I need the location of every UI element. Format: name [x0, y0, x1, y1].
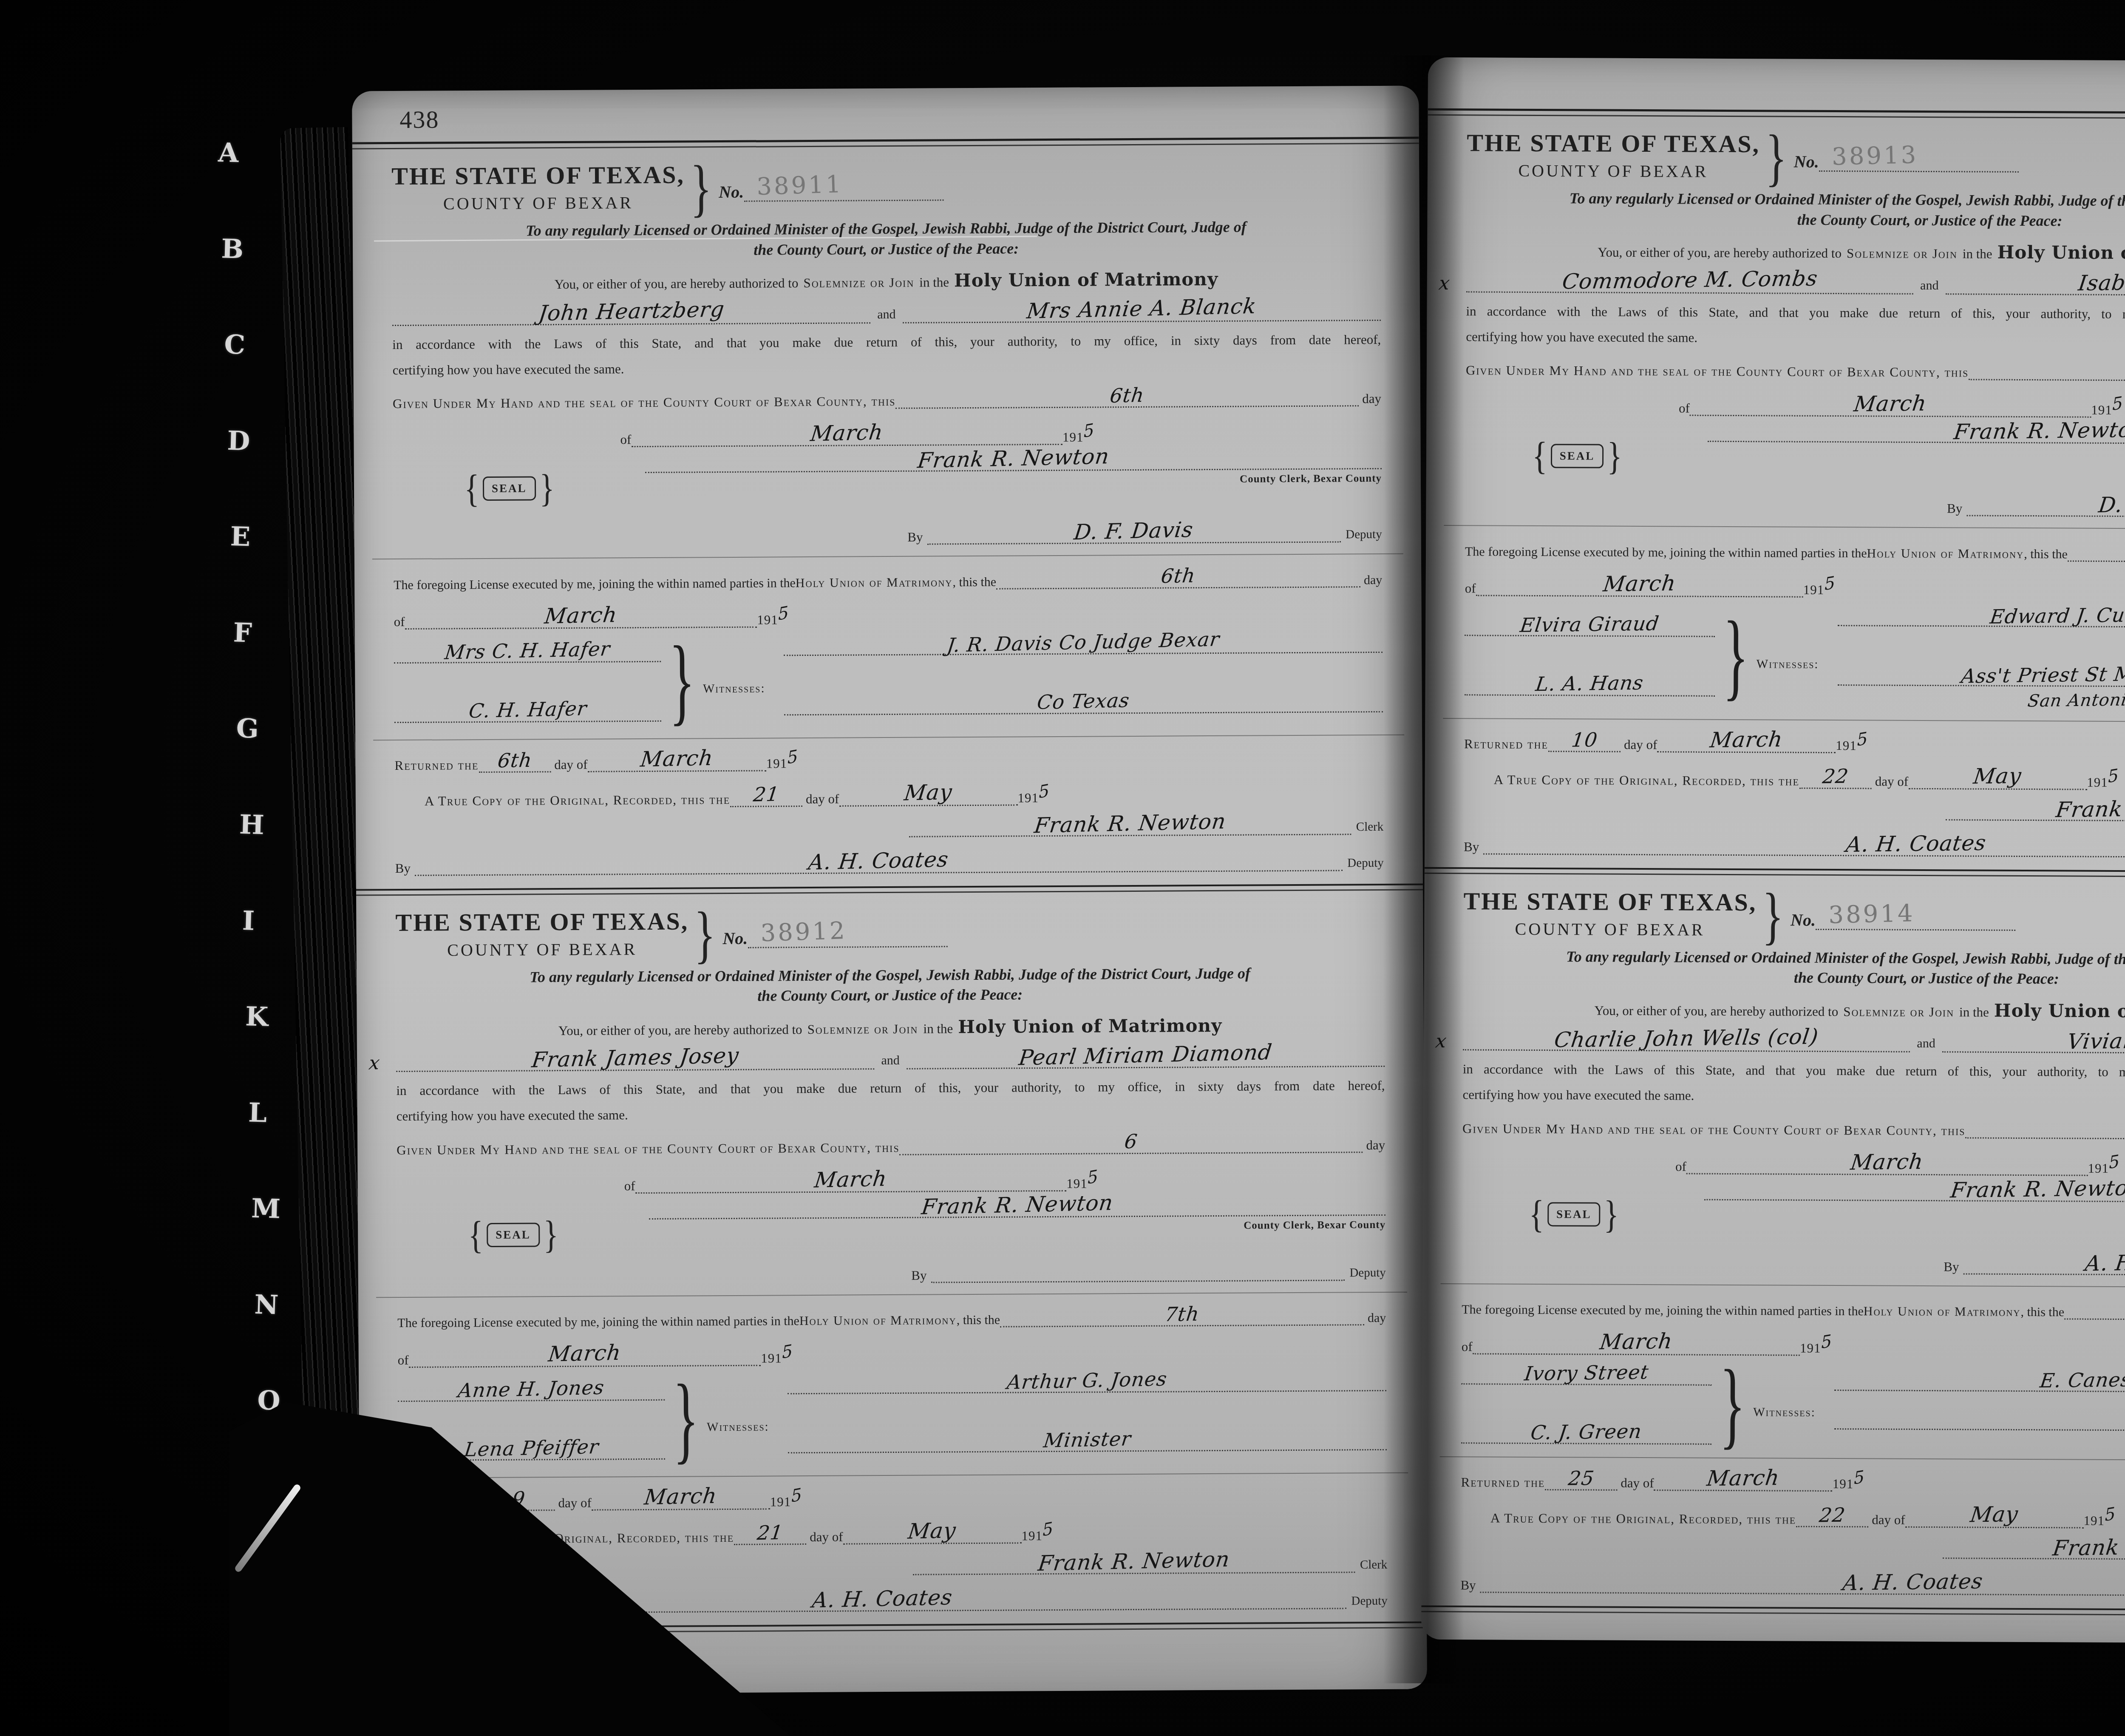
certifying-line: certifying how you have executed the sam… — [392, 357, 1381, 377]
given-under-hand-row: Given Under My Hand and the seal of the … — [397, 1130, 1385, 1157]
recorded-month-line: May — [1908, 765, 2087, 790]
issued-month-row: of March 191 5 — [620, 420, 1095, 447]
clerk-signature-block: Frank R. Newton County Clerk, Bexar Coun… — [645, 446, 1382, 488]
state-county-heading: THE STATE OF TEXAS, COUNTY OF BEXAR — [395, 907, 688, 960]
copy-deputy-line: A. H. Coates — [1483, 831, 2125, 858]
given-under-label: Given Under My Hand and the seal of the … — [393, 394, 896, 411]
solemnize-phrase: Solemnize or Join — [803, 275, 914, 291]
bride-name: Pearl Miriam Diamond — [1017, 1041, 1273, 1069]
issue-deputy-row: By Deputy — [911, 1265, 1386, 1283]
recorded-day: 22 — [1818, 1504, 1847, 1525]
copy-clerk-row: Frank R. Newton Clerk — [1942, 1535, 2125, 1561]
no-label: No. — [719, 182, 744, 202]
no-label: No. — [1791, 910, 1816, 930]
issued-day-line: 6th — [895, 384, 1359, 409]
year-printed: 191 — [1066, 1176, 1088, 1191]
county-heading: COUNTY OF BEXAR — [396, 939, 689, 960]
index-tab-i: I — [242, 908, 283, 935]
witness-names-column: Ivory Street C. J. Green — [1461, 1362, 1711, 1445]
of-label: of — [398, 1353, 409, 1368]
deputy-label: Deputy — [1342, 856, 1384, 871]
bride-name: Isabelle L. Hans — [2077, 270, 2125, 295]
holy-union-blackletter: Holy Union of Matrimony — [1994, 1000, 2125, 1022]
of-label: of — [1679, 401, 1690, 416]
book-gutter-shadow — [1383, 55, 1464, 1683]
copy-clerk-signature: Frank R. Newton — [2054, 797, 2125, 820]
issue-deputy-row: By D. F. Davis Deputy — [1947, 493, 2125, 519]
executed-month-row: of March 191 5 — [1465, 572, 1836, 598]
recorded-month-line: May — [843, 1519, 1021, 1545]
issue-deputy-line — [931, 1279, 1345, 1283]
section-divider — [1441, 1283, 2125, 1288]
seal-and-signature-row: { SEAL } Frank R. Newton County Clerk, B… — [1465, 418, 2125, 482]
copy-deputy-row: By A. H. Coates Deputy — [1460, 1569, 2125, 1597]
foregoing-text-a: The foregoing License executed by me, jo… — [394, 576, 796, 593]
issued-day-line: 6 — [899, 1130, 1363, 1155]
given-under-hand-row: Given Under My Hand and the seal of the … — [1466, 355, 2125, 382]
of-label: of — [1465, 581, 1476, 596]
executed-day: 7th — [1164, 1304, 1200, 1325]
holy-union-blackletter: Holy Union of Matrimony — [958, 1015, 1222, 1037]
clerk-signature-line: Frank R. Newton — [1704, 1177, 2125, 1203]
returned-month: March — [1706, 1467, 1781, 1490]
true-copy-row: A True Copy of the Original, Recorded, t… — [1490, 1501, 2125, 1530]
executed-day-line: 6th — [996, 565, 1360, 590]
executed-month: March — [543, 603, 618, 627]
certifying-line: certifying how you have executed the sam… — [1462, 1087, 2125, 1106]
returned-month: March — [643, 1485, 718, 1509]
returned-day: 6th — [496, 750, 533, 771]
authorize-prefix: You, or either of you, are hereby author… — [558, 1022, 802, 1038]
copy-clerk-line: Frank R. Newton — [913, 1550, 1355, 1575]
day-label: day — [1359, 391, 1381, 406]
witness1-name: Mrs C. H. Hafer — [444, 638, 612, 663]
seal-mark: { SEAL } — [1527, 1191, 1621, 1237]
index-tab-l: L — [248, 1099, 278, 1126]
year-printed: 191 — [1800, 1341, 1821, 1356]
state-heading: THE STATE OF TEXAS, — [391, 161, 685, 191]
officiant-line-3: San Antonio, Texas — [1837, 689, 2125, 711]
officiant-title: Ass't Priest St Mary's Church — [1960, 662, 2125, 687]
seal-and-signature-row: { SEAL } Frank R. Newton County Clerk, B… — [397, 1192, 1386, 1258]
returned-row: Returned the 9 day of March 191 5 — [398, 1482, 1387, 1512]
seal-and-signature-row: { SEAL } Frank R. Newton County Clerk, B… — [393, 446, 1382, 511]
clerk-signature-rule: Frank R. Newton — [1704, 1177, 2125, 1203]
holy-union-blackletter: Holy Union of Matrimony — [954, 269, 1218, 291]
witness2-name: C. J. Green — [1530, 1421, 1643, 1443]
solemnize-phrase: Solemnize or Join — [1843, 1004, 1954, 1020]
bride-name-line: Isabelle L. Hans — [1945, 270, 2125, 296]
officiant-name: Arthur G. Jones — [1006, 1368, 1168, 1393]
issued-day-line: 8th — [1969, 357, 2125, 382]
holy-union-blackletter: Holy Union of Matrimony — [1997, 242, 2125, 264]
issue-deputy-signature: D. F. Davis — [1073, 519, 1195, 543]
by-label: By — [1464, 839, 1483, 854]
witness1-name: Elvira Giraud — [1519, 613, 1660, 636]
officiant-line-1: Edward J. Currier O M I — [1838, 604, 2125, 629]
witness1-line: Elvira Giraud — [1465, 613, 1715, 637]
given-under-label: Given Under My Hand and the seal of the … — [1466, 363, 1969, 380]
year-printed: 191 — [2087, 774, 2108, 790]
true-copy-label: A True Copy of the Original, Recorded, t… — [1490, 1510, 1796, 1527]
officiant-title: Minister — [1042, 1428, 1132, 1451]
executed-month-row: of March 191 5 — [1462, 1330, 1832, 1356]
witness1-name: Anne H. Jones — [457, 1377, 606, 1401]
index-tab-a: A — [218, 139, 304, 168]
returned-row: Returned the 6th day of March 191 5 — [394, 744, 1383, 774]
executed-day-line: 7th — [1000, 1303, 1364, 1328]
returned-row: Returned the 10 day of March 191 5 — [1464, 727, 2125, 756]
state-county-heading: THE STATE OF TEXAS, COUNTY OF BEXAR — [1467, 128, 1760, 182]
issue-deputy-row: By A. H. Coates Deputy — [1944, 1251, 2125, 1276]
index-tab-b: B — [221, 235, 301, 264]
clerk-signature-rule: Frank R. Newton — [1708, 419, 2125, 445]
issue-deputy-row: By D. F. Davis Deputy — [907, 519, 1382, 545]
header-brace-glyph: } — [1762, 888, 1784, 943]
in-the-label: in the — [1963, 246, 1992, 261]
issued-month-line: March — [631, 421, 1062, 448]
seal-right-brace: } — [1604, 1192, 1619, 1237]
returned-month-line: March — [587, 747, 766, 772]
executed-year-digit: 5 — [1821, 1331, 1832, 1353]
header-brace-glyph: } — [694, 907, 716, 962]
officiant-column: Arthur G. Jones Minister — [788, 1369, 1387, 1465]
year-printed: 191 — [1017, 790, 1039, 806]
header-brace-glyph: } — [690, 160, 712, 216]
marriage-certificate: THE STATE OF TEXAS, COUNTY OF BEXAR } No… — [391, 144, 1384, 896]
license-number-line: 38911 — [744, 171, 943, 201]
seal-mark: { SEAL } — [466, 1212, 560, 1257]
witnesses-label: Witnesses: — [707, 1420, 769, 1434]
and-label: and — [877, 307, 896, 323]
recorded-month: May — [907, 1519, 958, 1543]
seal-and-signature-row: { SEAL } Frank R. Newton County Clerk, B… — [1462, 1176, 2125, 1240]
witnesses-brace-glyph: } — [673, 1376, 699, 1461]
seal-right-brace: } — [1607, 434, 1623, 479]
index-tab-f: F — [233, 619, 291, 647]
clerk-signature-rule: Frank R. Newton — [649, 1192, 1385, 1220]
index-tab-c: C — [224, 332, 299, 360]
witness2-name: L. A. Hans — [1534, 672, 1645, 695]
accordance-paragraph: in accordance with the Laws of this Stat… — [1466, 304, 2125, 323]
issued-month-line: March — [635, 1167, 1066, 1194]
of-label: of — [624, 1178, 635, 1194]
header-brace-glyph: } — [1765, 130, 1787, 185]
thumb-index-tabs: A B C D E F G H I K L M N O R — [183, 139, 303, 1510]
returned-year-digit: 5 — [787, 746, 799, 768]
executed-year-digit: 5 — [1824, 573, 1836, 595]
executed-day-line: 11 — [2064, 1297, 2125, 1321]
execution-statement-row: The foregoing License executed by me, jo… — [394, 564, 1382, 592]
seal-left-brace: { — [468, 1212, 483, 1257]
witness2-line: C. H. Hafer — [394, 699, 661, 723]
issued-day: 6th — [1109, 385, 1145, 406]
recorded-day-line: 21 — [730, 784, 802, 807]
authorization-line: You, or either of you, are hereby author… — [396, 1014, 1385, 1040]
state-county-heading: THE STATE OF TEXAS, COUNTY OF BEXAR — [391, 161, 685, 214]
witness2-name: C. H. Hafer — [467, 698, 588, 722]
returned-month-line: March — [1654, 1467, 1833, 1492]
county-clerk-title: County Clerk, Bexar County — [649, 1219, 1385, 1235]
seal-label: SEAL — [1547, 1202, 1601, 1227]
seal-label: SEAL — [487, 1223, 540, 1247]
issued-month-row: of March 191 5 — [624, 1167, 1099, 1194]
foregoing-text-b: , this the — [956, 1313, 1000, 1328]
executed-month-line: March — [408, 1342, 761, 1368]
executed-day: 6th — [1160, 565, 1196, 587]
license-number-stamp: 38913 — [1831, 141, 1918, 170]
executed-year-digit: 5 — [778, 603, 790, 624]
issued-month: March — [813, 1167, 888, 1191]
executed-month-line: March — [1476, 572, 1803, 598]
returned-day-line: 10 — [1548, 729, 1621, 752]
year-printed: 191 — [1833, 1476, 1854, 1492]
issued-month: March — [1850, 1150, 1925, 1174]
by-label: By — [395, 861, 415, 876]
returned-label: Returned the — [1461, 1475, 1545, 1491]
clerk-signature-line: Frank R. Newton — [645, 446, 1382, 473]
day-label: day — [1363, 1137, 1385, 1152]
witness1-line: Anne H. Jones — [398, 1378, 665, 1402]
recorded-day: 21 — [752, 784, 780, 805]
authorize-prefix: You, or either of you, are hereby author… — [1595, 1003, 1839, 1019]
officiant-line-1: E. Canes P. C. — [1834, 1368, 2125, 1393]
executed-month-line: March — [1473, 1330, 1800, 1356]
recorded-year-digit: 5 — [1038, 780, 1050, 802]
executed-month-row: of March 191 5 — [398, 1342, 793, 1368]
deputy-label: Deputy — [1340, 528, 1382, 543]
issue-deputy-line: A. H. Coates — [1963, 1251, 2125, 1276]
recorded-month-line: May — [839, 781, 1017, 807]
state-heading: THE STATE OF TEXAS, — [395, 907, 688, 937]
officiant-name: Edward J. Currier O M I — [1989, 603, 2125, 627]
clerk-signature: Frank R. Newton — [916, 446, 1111, 471]
returned-label: Returned the — [394, 757, 479, 773]
couple-names-row: x Commodore M. Combs and Isabelle L. Han… — [1466, 268, 2125, 296]
officiant-line-2: Minister — [788, 1428, 1387, 1454]
issued-year-digit: 5 — [2109, 1152, 2120, 1173]
clerk-signature-line: Frank R. Newton — [1708, 419, 2125, 445]
of-label: of — [1675, 1159, 1686, 1174]
recorded-year-digit: 5 — [1042, 1519, 1054, 1540]
recorded-day-line: 22 — [1799, 766, 1872, 789]
witness2-line: C. J. Green — [1461, 1421, 1711, 1445]
execution-statement-row: The foregoing License executed by me, jo… — [397, 1303, 1386, 1330]
returned-year-digit: 5 — [1856, 729, 1868, 750]
index-tab-g: G — [236, 715, 289, 743]
foregoing-text-a: The foregoing License executed by me, jo… — [1465, 545, 1867, 561]
witness1-line: Mrs C. H. Hafer — [394, 640, 661, 664]
state-heading: THE STATE OF TEXAS, — [1467, 128, 1760, 158]
witnesses-block: Anne H. Jones Lena Pfeiffer } Witnesses:… — [398, 1369, 1387, 1467]
copy-clerk-signature: Frank R. Newton — [1033, 811, 1227, 836]
index-tab-e: E — [230, 523, 294, 551]
index-tab-h: H — [239, 811, 286, 839]
foregoing-text-a: The foregoing License executed by me, jo… — [397, 1314, 799, 1330]
marriage-certificate: THE STATE OF TEXAS, COUNTY OF BEXAR } No… — [395, 891, 1388, 1634]
year-printed: 191 — [1062, 430, 1084, 445]
addressee-line-2: the County Court, or Justice of the Peac… — [1463, 966, 2125, 990]
day-of-label: day of — [551, 757, 588, 772]
couple-names-row: x Frank James Josey and Pearl Miriam Dia… — [396, 1043, 1385, 1072]
given-under-label: Given Under My Hand and the seal of the … — [1462, 1121, 1966, 1138]
license-number-row: No. 38913 — [1794, 142, 2125, 174]
officiant-location: San Antonio, Texas — [2027, 689, 2125, 711]
executed-year-digit: 5 — [782, 1341, 793, 1363]
officiant-title: Co Texas — [1036, 690, 1131, 713]
marriage-certificate: THE STATE OF TEXAS, COUNTY OF BEXAR } No… — [1460, 874, 2125, 1617]
groom-name-line: Charlie John Wells (col) — [1463, 1026, 1910, 1052]
handwritten-check-mark: x — [368, 1052, 381, 1074]
witness2-line: L. A. Hans — [1465, 673, 1715, 697]
and-label: and — [1920, 278, 1938, 294]
authorization-line: You, or either of you, are hereby author… — [392, 268, 1380, 294]
clerk-label: Clerk — [1355, 1558, 1388, 1573]
recorded-month: May — [1969, 1503, 2020, 1526]
bride-name-line: Pearl Miriam Diamond — [907, 1043, 1385, 1069]
issued-month-row: of March 191 5 — [1675, 1150, 2120, 1176]
clerk-signature-rule: Frank R. Newton — [645, 446, 1382, 473]
page-right-439: 439 THE STATE OF TEXAS, COUNTY OF BEXAR … — [1421, 57, 2125, 1644]
executed-month: March — [1602, 572, 1677, 596]
bride-name-line: Mrs Annie A. Blanck — [902, 296, 1381, 323]
county-heading: COUNTY OF BEXAR — [391, 193, 685, 214]
copy-clerk-signature: Frank R. Newton — [2051, 1535, 2125, 1559]
license-number-row: No. 38914 — [1791, 900, 2125, 932]
clerk-signature: Frank R. Newton — [1953, 419, 2125, 443]
certificate-header: THE STATE OF TEXAS, COUNTY OF BEXAR } No… — [391, 157, 1380, 217]
returned-row: Returned the 25 day of March 191 5 — [1461, 1466, 2125, 1494]
issue-deputy-signature: D. F. Davis — [2097, 493, 2125, 516]
page-left-438: 438 THE STATE OF TEXAS, COUNTY OF BEXAR … — [352, 85, 1427, 1694]
page-right-content: 439 THE STATE OF TEXAS, COUNTY OF BEXAR … — [1421, 57, 2125, 1617]
returned-year-digit: 5 — [1853, 1467, 1865, 1489]
issued-month: March — [1853, 392, 1928, 415]
returned-day-line: 25 — [1545, 1468, 1617, 1491]
license-number-line: 38912 — [748, 917, 947, 948]
by-label: By — [907, 530, 927, 545]
witness-names-column: Elvira Giraud L. A. Hans — [1465, 613, 1715, 696]
officiant-line-1: J. R. Davis Co Judge Bexar — [784, 630, 1383, 656]
issue-deputy-line: D. F. Davis — [927, 519, 1340, 545]
day-label: day — [1360, 573, 1383, 587]
clerk-signature-line: Frank R. Newton — [649, 1192, 1385, 1220]
couple-names-row: John Heartzberg and Mrs Annie A. Blanck — [392, 296, 1381, 326]
executed-month-line: March — [405, 603, 757, 630]
officiant-line-2 — [1834, 1427, 2125, 1432]
groom-name: John Heartzberg — [537, 298, 725, 324]
copy-deputy-signature: A. H. Coates — [1844, 832, 1987, 855]
officiant-line-2: Ass't Priest St Mary's Church — [1837, 663, 2125, 688]
county-heading: COUNTY OF BEXAR — [1463, 919, 1757, 940]
given-under-label: Given Under My Hand and the seal of the … — [397, 1140, 900, 1157]
groom-name: Frank James Josey — [530, 1044, 740, 1071]
authorization-line: You, or either of you, are hereby author… — [1463, 998, 2125, 1023]
witnesses-label: Witnesses: — [1753, 1406, 1816, 1420]
index-tab-n: N — [254, 1291, 274, 1318]
returned-month: March — [1709, 728, 1784, 752]
returned-month: March — [639, 746, 714, 770]
day-of-label: day of — [1872, 774, 1909, 789]
recorded-day-line: 21 — [734, 1522, 806, 1545]
given-under-hand-row: Given Under My Hand and the seal of the … — [1462, 1113, 2125, 1140]
section-divider — [1444, 525, 2125, 530]
witnesses-label: Witnesses: — [703, 681, 765, 696]
certificate-slot-38912: THE STATE OF TEXAS, COUNTY OF BEXAR } No… — [395, 891, 1388, 1634]
copy-clerk-row: Frank R. Newton Clerk — [1946, 797, 2125, 823]
recorded-day-line: 22 — [1796, 1504, 1868, 1527]
issued-day: 6 — [1123, 1131, 1139, 1152]
clerk-label: Clerk — [1351, 820, 1384, 835]
executed-month: March — [1598, 1330, 1674, 1353]
recorded-day: 22 — [1822, 766, 1850, 787]
true-copy-row: A True Copy of the Original, Recorded, t… — [428, 1518, 1387, 1547]
county-clerk-title: County Clerk, Bexar County — [1704, 1204, 2125, 1219]
recorded-year-digit: 5 — [2105, 1503, 2116, 1525]
license-number-stamp: 38912 — [760, 917, 847, 947]
day-of-label: day of — [555, 1495, 592, 1511]
foregoing-text-b: , this the — [952, 575, 996, 590]
officiant-line-3 — [784, 716, 1383, 726]
witnesses-brace-glyph: } — [669, 638, 695, 723]
year-printed: 191 — [761, 1350, 782, 1366]
copy-deputy-signature: A. H. Coates — [807, 848, 949, 873]
bride-name: Vivian Brown col, — [2066, 1028, 2125, 1053]
register-book-photograph: A B C D E F G H I K L M N O R 438 THE ST… — [0, 0, 2125, 1736]
day-of-label: day of — [1621, 737, 1657, 752]
seal-right-brace: } — [539, 465, 555, 511]
returned-day: 25 — [1567, 1468, 1595, 1489]
seal-mark: { SEAL } — [1530, 433, 1624, 479]
true-copy-row: A True Copy of the Original, Recorded, t… — [1494, 763, 2125, 791]
year-printed: 191 — [1803, 582, 1825, 598]
clerk-signature-block: Frank R. Newton County Clerk, Bexar Coun… — [1708, 419, 2125, 460]
copy-deputy-line: A. H. Coates — [1480, 1569, 2125, 1597]
section-divider — [377, 1472, 1408, 1479]
seal-mark: { SEAL } — [462, 465, 556, 511]
recorded-month: May — [903, 781, 954, 804]
groom-name-line: Commodore M. Combs — [1466, 268, 1914, 294]
officiant-column: E. Canes P. C. — [1834, 1368, 2125, 1443]
and-label: and — [1917, 1036, 1935, 1052]
issued-month: March — [809, 421, 884, 445]
holy-union-smallcaps: Holy Union of Matrimony — [796, 575, 953, 590]
index-tab-k: K — [245, 1003, 281, 1030]
certificate-end-rule — [1421, 1606, 2125, 1617]
section-divider — [373, 734, 1404, 740]
clerk-signature-block: Frank R. Newton County Clerk, Bexar Coun… — [1704, 1177, 2125, 1219]
copy-clerk-row: Frank R. Newton Clerk — [913, 1549, 1388, 1575]
recorded-day: 21 — [756, 1522, 784, 1543]
license-number-row: No. 38912 — [722, 915, 1384, 948]
no-label: No. — [722, 928, 748, 948]
county-clerk-title: County Clerk, Bexar County — [1708, 445, 2125, 460]
officiant-name: J. R. Davis Co Judge Bexar — [946, 629, 1221, 655]
solemnize-phrase: Solemnize or Join — [807, 1021, 918, 1037]
accordance-paragraph: in accordance with the Laws of this Stat… — [1463, 1061, 2125, 1081]
foregoing-text-b: , this the — [2020, 1305, 2064, 1319]
officiant-name: E. Canes P. C. — [2039, 1368, 2125, 1391]
seal-left-brace: { — [1532, 433, 1547, 478]
officiant-column: Edward J. Currier O M I Ass't Priest St … — [1837, 604, 2125, 711]
execution-statement-row: The foregoing License executed by me, jo… — [1465, 536, 2125, 563]
copy-clerk-row: Frank R. Newton Clerk — [909, 811, 1384, 837]
seal-left-brace: { — [1529, 1191, 1544, 1237]
year-printed: 191 — [770, 1494, 791, 1509]
license-number-line: 38913 — [1819, 142, 2019, 173]
groom-name-line: John Heartzberg — [392, 299, 871, 326]
returned-month-line: March — [1657, 728, 1836, 753]
